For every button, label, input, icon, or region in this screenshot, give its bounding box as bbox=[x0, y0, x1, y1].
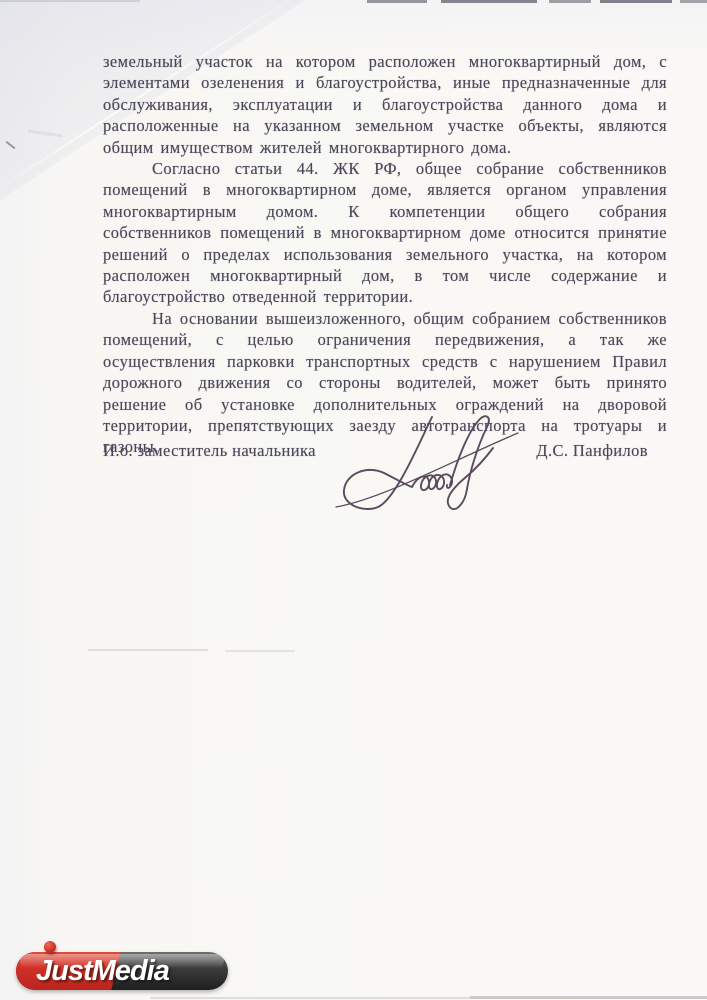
watermark-text: JustMedia bbox=[16, 952, 228, 990]
watermark-j-dot-icon bbox=[44, 941, 56, 953]
scan-artifact-top-edge bbox=[680, 0, 707, 3]
signer-name: Д.С. Панфилов bbox=[536, 441, 648, 461]
scanned-document-page: земельный участок на котором расположен … bbox=[0, 0, 707, 1000]
scan-artifact-bottom-edge bbox=[470, 996, 707, 999]
scan-artifact-mark bbox=[6, 141, 16, 149]
scan-artifact-smudge bbox=[225, 650, 295, 652]
body-paragraph: Согласно статьи 44. ЖК РФ, общее собрани… bbox=[103, 158, 667, 308]
signer-title: И.о. заместитель начальника bbox=[103, 441, 316, 461]
scan-artifact-smudge bbox=[28, 130, 62, 138]
scan-artifact-top-edge bbox=[600, 0, 672, 3]
scan-artifact-bottom-edge bbox=[150, 997, 470, 999]
justmedia-watermark: JustMedia bbox=[16, 952, 228, 990]
scan-artifact-top-edge bbox=[441, 0, 537, 3]
watermark-text-media: Media bbox=[92, 955, 169, 988]
handwritten-signature bbox=[334, 411, 520, 519]
watermark-pill: JustMedia bbox=[16, 952, 228, 990]
scan-artifact-smudge bbox=[88, 649, 208, 651]
body-paragraph: земельный участок на котором расположен … bbox=[103, 51, 667, 158]
watermark-text-just: Just bbox=[36, 955, 92, 988]
scan-artifact-top-edge bbox=[549, 0, 591, 3]
document-text: земельный участок на котором расположен … bbox=[103, 51, 667, 458]
scan-artifact-top-edge bbox=[367, 0, 427, 3]
scan-artifact-top-edge bbox=[0, 0, 140, 2]
